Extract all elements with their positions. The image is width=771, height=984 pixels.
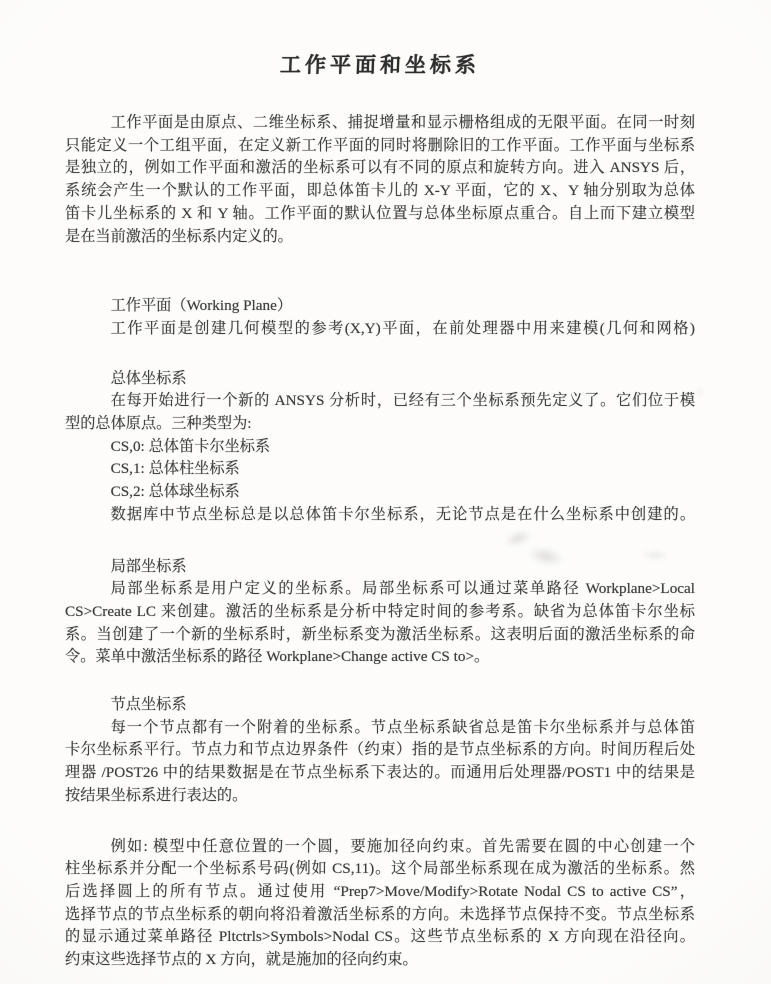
text-line: 理器 /POST26 中的结果数据是在节点坐标系下表达的。而通用后处理器/POS… <box>65 762 695 785</box>
paragraph-intro: 工作平面是由原点、二维坐标系、捕捉增量和显示栅格组成的无限平面。在同一时刻 只能… <box>65 112 695 248</box>
text-line: 约束这些选择节点的 X 方向，就是施加的径向约束。 <box>65 949 695 972</box>
section-global-cs: 总体坐标系 在每开始进行一个新的 ANSYS 分析时，已经有三个坐标系预先定义了… <box>65 368 695 527</box>
text-line: 是在当前激活的坐标系内定义的。 <box>65 226 695 249</box>
text-line: 卡尔坐标系平行。节点力和节点边界条件（约束）指的是节点坐标系的方向。时间历程后处 <box>65 739 695 762</box>
text-line: 后选择圆上的所有节点。通过使用 “Prep7>Move/Modify>Rotat… <box>65 881 695 904</box>
text-line: 系。当创建了一个新的坐标系时，新坐标系变为激活坐标系。这表明后面的激活坐标系的命 <box>65 624 695 647</box>
text-line: 工作平面是创建几何模型的参考(X,Y)平面，在前处理器中用来建模(几何和网格) <box>65 318 695 341</box>
list-item-cs2: CS,2: 总体球坐标系 <box>65 481 695 504</box>
section-heading-global-cs: 总体坐标系 <box>65 368 695 391</box>
text-line: CS>Create LC 来创建。激活的坐标系是分析中特定时间的参考系。缺省为总… <box>65 601 695 624</box>
paragraph-example: 例如: 模型中任意位置的一个圆，要施加径向约束。首先需要在圆的中心创建一个 柱坐… <box>65 836 695 972</box>
section-nodal-cs: 节点坐标系 每一个节点都有一个附着的坐标系。节点坐标系缺省总是笛卡尔坐标系并与总… <box>65 694 695 808</box>
text-line: 系统会产生一个默认的工作平面，即总体笛卡儿的 X-Y 平面，它的 X、Y 轴分别… <box>65 180 695 203</box>
text-line: 的显示通过菜单路径 Pltctrls>Symbols>Nodal CS。这些节点… <box>65 926 695 949</box>
section-heading-local-cs: 局部坐标系 <box>65 556 695 579</box>
section-working-plane: 工作平面（Working Plane） 工作平面是创建几何模型的参考(X,Y)平… <box>65 295 695 340</box>
text-line: 令。菜单中激活坐标系的路径 Workplane>Change active CS… <box>65 646 695 669</box>
text-line: 在每开始进行一个新的 ANSYS 分析时，已经有三个坐标系预先定义了。它们位于模 <box>65 390 695 413</box>
section-heading-nodal-cs: 节点坐标系 <box>65 694 695 717</box>
text-line: 每一个节点都有一个附着的坐标系。节点坐标系缺省总是笛卡尔坐标系并与总体笛 <box>65 717 695 740</box>
text-line: 笛卡儿坐标系的 X 和 Y 轴。工作平面的默认位置与总体坐标原点重合。自上而下建… <box>65 203 695 226</box>
text-line: 工作平面是由原点、二维坐标系、捕捉增量和显示栅格组成的无限平面。在同一时刻 <box>65 112 695 135</box>
text-line: 是独立的，例如工作平面和激活的坐标系可以有不同的原点和旋转方向。进入 ANSYS… <box>65 157 695 180</box>
text-line: 数据库中节点坐标总是以总体笛卡尔坐标系，无论节点是在什么坐标系中创建的。 <box>65 504 695 527</box>
text-line: 局部坐标系是用户定义的坐标系。局部坐标系可以通过菜单路径 Workplane>L… <box>65 578 695 601</box>
section-local-cs: 局部坐标系 局部坐标系是用户定义的坐标系。局部坐标系可以通过菜单路径 Workp… <box>65 556 695 670</box>
section-heading-working-plane: 工作平面（Working Plane） <box>65 295 695 318</box>
list-item-cs1: CS,1: 总体柱坐标系 <box>65 458 695 481</box>
text-line: 柱坐标系并分配一个坐标系号码(例如 CS,11)。这个局部坐标系现在成为激活的坐… <box>65 858 695 881</box>
document-content: 工作平面和坐标系 工作平面是由原点、二维坐标系、捕捉增量和显示栅格组成的无限平面… <box>0 50 771 972</box>
text-line: 例如: 模型中任意位置的一个圆，要施加径向约束。首先需要在圆的中心创建一个 <box>65 836 695 859</box>
document-title: 工作平面和坐标系 <box>64 50 695 80</box>
text-line: 按结果坐标系进行表达的。 <box>65 785 695 808</box>
text-line: 选择节点的节点坐标系的朝向将沿着激活坐标系的方向。未选择节点保持不变。节点坐标系 <box>65 904 695 927</box>
list-item-cs0: CS,0: 总体笛卡尔坐标系 <box>65 436 695 459</box>
text-line: 型的总体原点。三种类型为: <box>65 413 695 436</box>
scanned-document-page: 工作平面和坐标系 工作平面是由原点、二维坐标系、捕捉增量和显示栅格组成的无限平面… <box>0 0 771 984</box>
text-line: 只能定义一个工组平面，在定义新工作平面的同时将删除旧的工作平面。工作平面与坐标系 <box>65 135 695 158</box>
